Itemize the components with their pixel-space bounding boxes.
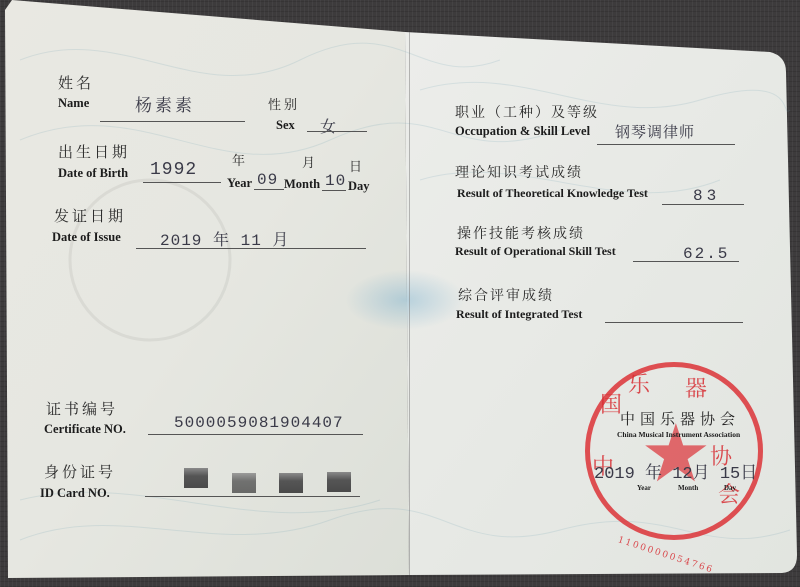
birth-year-underline	[143, 182, 221, 183]
birth-day-en: Day	[348, 179, 370, 194]
id-card-redaction-block	[232, 473, 256, 493]
booklet-spine	[409, 32, 410, 575]
name-value: 杨素素	[135, 91, 195, 116]
birth-label-en: Date of Birth	[58, 166, 128, 181]
birth-label-cn: 出生日期	[58, 141, 130, 162]
occupation-value: 钢琴调律师	[615, 121, 695, 142]
certificate-label-cn: 证书编号	[46, 398, 118, 419]
theory-underline	[662, 204, 744, 205]
certificate-booklet: 姓名 Name 杨素素 性别 Sex 女 出生日期 Date of Birth …	[0, 0, 800, 587]
id-card-redaction-block	[184, 468, 208, 488]
birth-day-underline	[322, 190, 346, 191]
id-card-label-en: ID Card NO.	[40, 486, 110, 501]
occupation-label-en: Occupation & Skill Level	[455, 124, 590, 139]
theory-label-cn: 理论知识考试成绩	[455, 162, 583, 182]
birth-month-cn: 月	[302, 152, 318, 171]
integrated-underline	[605, 322, 743, 323]
issuer-name-en: China Musical Instrument Association	[617, 430, 740, 439]
seal-ring-char: 器	[685, 372, 707, 403]
id-card-underline	[145, 496, 360, 497]
issue-date-stamp: 2019 年 12月 15日	[594, 458, 757, 484]
birth-month-underline	[254, 189, 284, 190]
seal-ring-char: 乐	[628, 368, 650, 399]
issue-label-en: Date of Issue	[52, 230, 121, 245]
issue-value: 2019 年 11 月	[160, 227, 289, 250]
theory-label-en: Result of Theoretical Knowledge Test	[457, 186, 648, 201]
sex-value: 女	[320, 114, 339, 137]
birth-day-cn: 日	[349, 156, 365, 175]
seal-ring-char: 国	[600, 388, 622, 419]
issue-date-year-en: Year	[637, 484, 651, 492]
id-card-redaction-block	[279, 473, 303, 493]
sex-underline	[307, 131, 367, 132]
certificate-value: 5000059081904407	[174, 414, 344, 432]
id-card-label-cn: 身份证号	[44, 461, 116, 482]
sex-label-cn: 性别	[268, 94, 300, 113]
issuer-name-cn: 中国乐器协会	[620, 408, 740, 429]
issue-underline	[136, 248, 366, 249]
id-card-redaction-block	[327, 472, 351, 492]
certificate-underline	[148, 434, 363, 435]
name-underline	[100, 121, 245, 122]
birth-year-value: 1992	[150, 160, 197, 180]
integrated-label-cn: 综合评审成绩	[458, 285, 554, 305]
birth-month-en: Month	[284, 177, 320, 192]
issue-label-cn: 发证日期	[54, 205, 126, 226]
operational-underline	[633, 261, 739, 262]
issue-date-month-en: Month	[678, 484, 698, 492]
occupation-label-cn: 职业（工种）及等级	[455, 102, 599, 122]
sex-label-en: Sex	[276, 118, 295, 133]
certificate-label-en: Certificate NO.	[44, 422, 126, 437]
occupation-underline	[597, 144, 735, 145]
birth-year-en: Year	[227, 176, 252, 191]
integrated-label-en: Result of Integrated Test	[456, 307, 582, 322]
operational-label-cn: 操作技能考核成绩	[457, 223, 585, 243]
birth-month-value: 09	[257, 171, 278, 189]
issue-date-day-en: Day	[724, 484, 736, 492]
theory-value: 83	[693, 187, 720, 205]
birth-day-value: 10	[325, 172, 346, 190]
operational-label-en: Result of Operational Skill Test	[455, 244, 616, 259]
name-label-cn: 姓名	[58, 72, 94, 93]
birth-year-cn: 年	[232, 150, 248, 169]
name-label-en: Name	[58, 96, 89, 111]
